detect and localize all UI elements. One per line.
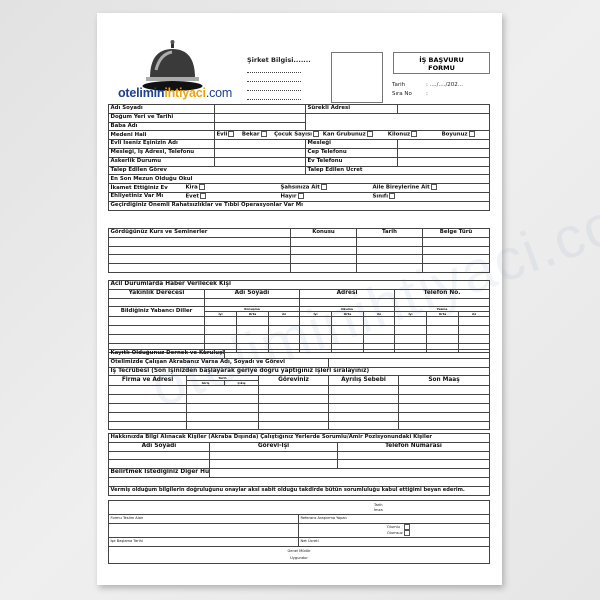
form-cell: Genel MüdürUygundur [109, 546, 490, 563]
form-cell[interactable] [259, 395, 329, 404]
form-cell[interactable] [205, 317, 237, 326]
emergency-cell[interactable] [109, 298, 205, 307]
form-cell[interactable] [259, 421, 329, 430]
form-cell: Konusu [291, 229, 357, 238]
experience-cell[interactable] [109, 421, 187, 430]
birth-label: Doğum Yeri ve Tarihi [109, 113, 215, 122]
logo: oteliminihtiyaci.com [118, 86, 232, 100]
form-cell[interactable] [109, 523, 299, 537]
spouse-field[interactable] [215, 140, 306, 149]
declaration: Vermiş olduğum bilgilerin doğruluğunu on… [109, 486, 490, 495]
form-cell[interactable] [269, 317, 300, 326]
family-checkbox[interactable] [431, 184, 437, 190]
form-cell[interactable] [427, 317, 459, 326]
photo-box[interactable] [331, 52, 383, 103]
job-field[interactable] [215, 148, 306, 157]
signature-field[interactable]: İmza [374, 508, 488, 513]
form-cell[interactable] [399, 395, 490, 404]
form-cell: Bildiğiniz Yabancı Diller [109, 307, 205, 317]
form-cell[interactable] [259, 403, 329, 412]
other-label: Belirtmek İstediğiniz Diğer Hususlar [109, 469, 210, 478]
form-cell: Adresi [300, 289, 395, 298]
form-cell[interactable] [395, 334, 427, 343]
form-cell[interactable] [338, 451, 490, 460]
name-label: Adı Soyadı [109, 105, 215, 114]
residence-row: İkamet Ettiğiniz EvKiraŞahsınıza AitAile… [109, 184, 490, 193]
rent-checkbox[interactable] [199, 184, 205, 190]
form-cell[interactable] [329, 412, 399, 421]
order-number-field[interactable]: Sıra No: [392, 91, 412, 97]
form-cell[interactable] [329, 403, 399, 412]
received-by[interactable]: Formu Teslim Alan [109, 515, 299, 524]
course-cell[interactable] [357, 255, 423, 264]
blood-checkbox[interactable] [367, 131, 373, 137]
form-cell[interactable] [187, 386, 259, 395]
profession-field[interactable] [398, 140, 490, 149]
form-cell[interactable] [332, 326, 364, 335]
form-cell[interactable] [300, 326, 332, 335]
form-cell: Hakkınızda Bilgi Alınacak Kişiler (Akrab… [109, 434, 490, 443]
own-checkbox[interactable] [321, 184, 327, 190]
form-cell: Son Maaş [399, 376, 490, 386]
marital-options: Evli Bekar Çocuk Sayısı Kan Grubunuz Kil… [215, 131, 490, 140]
form-cell[interactable] [329, 395, 399, 404]
address-label: Sürekli Adresi [306, 105, 398, 114]
experience-cell[interactable] [109, 403, 187, 412]
references-table: Hakkınızda Bilgi Alınacak Kişiler (Akrab… [108, 433, 490, 496]
office-table: Tarihİmza Formu Teslim AlanReferans Araş… [108, 500, 490, 564]
form-cell: Firma ve Adresi [109, 376, 187, 386]
emergency-cell[interactable] [300, 298, 395, 307]
language-cell[interactable] [109, 326, 205, 335]
experience-cell[interactable] [109, 412, 187, 421]
course-cell[interactable] [423, 264, 490, 273]
courses-table: Gördüğünüz Kurs ve SeminerlerKonusuTarih… [108, 228, 490, 273]
form-cell[interactable] [205, 326, 237, 335]
course-cell[interactable] [291, 237, 357, 246]
relatives-label: Otelimizde Çalışan Akrabanız Varsa Adı, … [109, 358, 329, 367]
course-cell[interactable] [291, 255, 357, 264]
course-cell[interactable] [423, 255, 490, 264]
height-checkbox[interactable] [469, 131, 475, 137]
company-line[interactable] [247, 99, 301, 100]
form-cell: Telefon Numarası [338, 442, 490, 451]
other-field[interactable] [210, 469, 490, 478]
name-field[interactable] [215, 105, 306, 114]
home-phone-label: Ev Telefonu [306, 157, 398, 166]
address-field[interactable] [398, 105, 490, 114]
job-label: Mesleği, İş Adresi, Telefonu [109, 148, 215, 157]
spouse-label: Evli İseniz Eşinizin Adı [109, 140, 215, 149]
course-cell[interactable] [109, 255, 291, 264]
form-cell[interactable] [364, 317, 395, 326]
course-cell[interactable] [109, 264, 291, 273]
form-cell: Görevi-İşi [210, 442, 338, 451]
single-checkbox[interactable] [261, 131, 267, 137]
emergency-cell[interactable] [395, 298, 490, 307]
salary-label[interactable]: Talep Edilen Ücret [306, 166, 490, 175]
company-info-label: Şirket Bilgisi....... [247, 56, 311, 64]
form-cell: Gördüğünüz Kurs ve Seminerler [109, 229, 291, 238]
course-cell[interactable] [109, 237, 291, 246]
form-cell[interactable] [205, 334, 237, 343]
reference-by[interactable]: Referans Araştırma Yapan [299, 515, 490, 524]
start-date[interactable]: İşe Başlama Tarihi [109, 537, 299, 546]
course-cell[interactable] [291, 264, 357, 273]
form-cell[interactable] [399, 412, 490, 421]
experience-cell[interactable] [109, 395, 187, 404]
military-label: Askerlik Durumu [109, 157, 215, 166]
form-cell[interactable] [459, 334, 490, 343]
form-title: İŞ BAŞVURUFORMU [393, 52, 490, 74]
negative-checkbox[interactable] [404, 530, 410, 536]
course-cell[interactable] [423, 237, 490, 246]
form-cell[interactable] [332, 334, 364, 343]
form-cell[interactable] [338, 460, 490, 469]
form-cell[interactable] [210, 451, 338, 460]
emergency-cell[interactable] [205, 298, 300, 307]
form-cell[interactable] [332, 317, 364, 326]
form-cell[interactable] [329, 386, 399, 395]
company-line[interactable] [247, 72, 301, 73]
form-cell[interactable] [364, 334, 395, 343]
form-cell[interactable] [269, 334, 300, 343]
children-checkbox[interactable] [313, 131, 319, 137]
form-cell[interactable] [364, 326, 395, 335]
address-field-extended[interactable] [306, 113, 490, 131]
form-cell[interactable] [237, 317, 269, 326]
form-cell[interactable] [427, 334, 459, 343]
form-cell[interactable] [237, 326, 269, 335]
experience-cell[interactable] [109, 386, 187, 395]
form-cell[interactable] [427, 326, 459, 335]
form-cell: Adı Soyadı [205, 289, 300, 298]
form-cell[interactable] [269, 326, 300, 335]
emergency-table: Acil Durumlarda Haber Verilecek Kişi Yak… [108, 280, 490, 353]
other-field-extended[interactable] [109, 477, 490, 486]
net-salary[interactable]: Net Ücreti [299, 537, 490, 546]
form-cell[interactable] [399, 386, 490, 395]
form-cell[interactable] [187, 395, 259, 404]
language-cell[interactable] [109, 334, 205, 343]
relatives-field[interactable] [329, 358, 490, 367]
form-cell[interactable] [395, 326, 427, 335]
form-cell[interactable] [459, 326, 490, 335]
form-cell[interactable] [187, 412, 259, 421]
married-checkbox[interactable] [228, 131, 234, 137]
form-cell: Telefon No. [395, 289, 490, 298]
form-cell[interactable] [187, 421, 259, 430]
form-cell: Tarih [357, 229, 423, 238]
course-cell[interactable] [291, 246, 357, 255]
form-cell: Ayrılış Sebebi [329, 376, 399, 386]
form-cell[interactable] [237, 334, 269, 343]
license-row: Ehliyetiniz Var MıEvetHayırSınıfı [109, 192, 490, 201]
reference-cell[interactable] [109, 451, 210, 460]
form-cell[interactable] [399, 421, 490, 430]
health-field[interactable]: Geçirdiğiniz Önemli Rahatsızlıklar ve Tı… [109, 201, 490, 210]
company-line[interactable] [247, 90, 301, 91]
course-cell[interactable] [109, 246, 291, 255]
form-cell: Belge Türü [423, 229, 490, 238]
date-field[interactable]: Tarih: ..../..../202... [392, 82, 405, 88]
form-cell: Adı Soyadı [109, 442, 210, 451]
form-cell[interactable] [259, 412, 329, 421]
mobile-label: Cep Telefonu [306, 148, 398, 157]
form-cell[interactable] [259, 386, 329, 395]
form-cell: OlumluOlumsuz [299, 523, 490, 537]
military-field[interactable] [215, 157, 306, 166]
father-label: Baba Adı [109, 122, 215, 131]
form-cell[interactable] [459, 317, 490, 326]
form-cell: İş Tecrübesi (Son işinizden başlayarak g… [109, 367, 490, 376]
language-cell[interactable] [109, 317, 205, 326]
profession-label: Mesleği [306, 140, 398, 149]
form-cell[interactable] [300, 317, 332, 326]
mobile-field[interactable] [398, 148, 490, 157]
course-cell[interactable] [357, 264, 423, 273]
marital-label: Medeni Hali [109, 131, 215, 140]
personal-info-table: Adı SoyadıSürekli Adresi Doğum Yeri ve T… [108, 104, 490, 211]
school-field[interactable]: En Son Mezun Olduğu Okul [109, 175, 490, 184]
form-cell[interactable] [395, 317, 427, 326]
class-checkbox[interactable] [389, 193, 395, 199]
form-cell[interactable] [210, 460, 338, 469]
form-cell: Yakınlık Derecesi [109, 289, 205, 298]
form-cell[interactable] [399, 403, 490, 412]
form-cell: Göreviniz [259, 376, 329, 386]
position-label[interactable]: Talep Edilen Görev [109, 166, 306, 175]
reference-cell[interactable] [109, 460, 210, 469]
approval[interactable]: Uygundur [111, 555, 488, 562]
course-cell[interactable] [357, 246, 423, 255]
form-cell: Acil Durumlarda Haber Verilecek Kişi [109, 281, 490, 290]
form-cell[interactable] [187, 403, 259, 412]
no-checkbox[interactable] [298, 193, 304, 199]
form-cell[interactable] [329, 421, 399, 430]
yes-checkbox[interactable] [200, 193, 206, 199]
associations-field[interactable] [225, 350, 490, 359]
company-line[interactable] [247, 81, 301, 82]
birth-field[interactable] [215, 113, 306, 122]
course-cell[interactable] [357, 237, 423, 246]
home-phone-field[interactable] [398, 157, 490, 166]
experience-table: Kayıtlı Olduğunuz Dernek ve Kuruluşlar O… [108, 349, 490, 430]
form-cell[interactable] [300, 334, 332, 343]
father-field[interactable] [215, 122, 306, 131]
associations-label: Kayıtlı Olduğunuz Dernek ve Kuruluşlar [109, 350, 225, 359]
form-cell: Tarihİmza [109, 501, 490, 515]
course-cell[interactable] [423, 246, 490, 255]
weight-checkbox[interactable] [411, 131, 417, 137]
